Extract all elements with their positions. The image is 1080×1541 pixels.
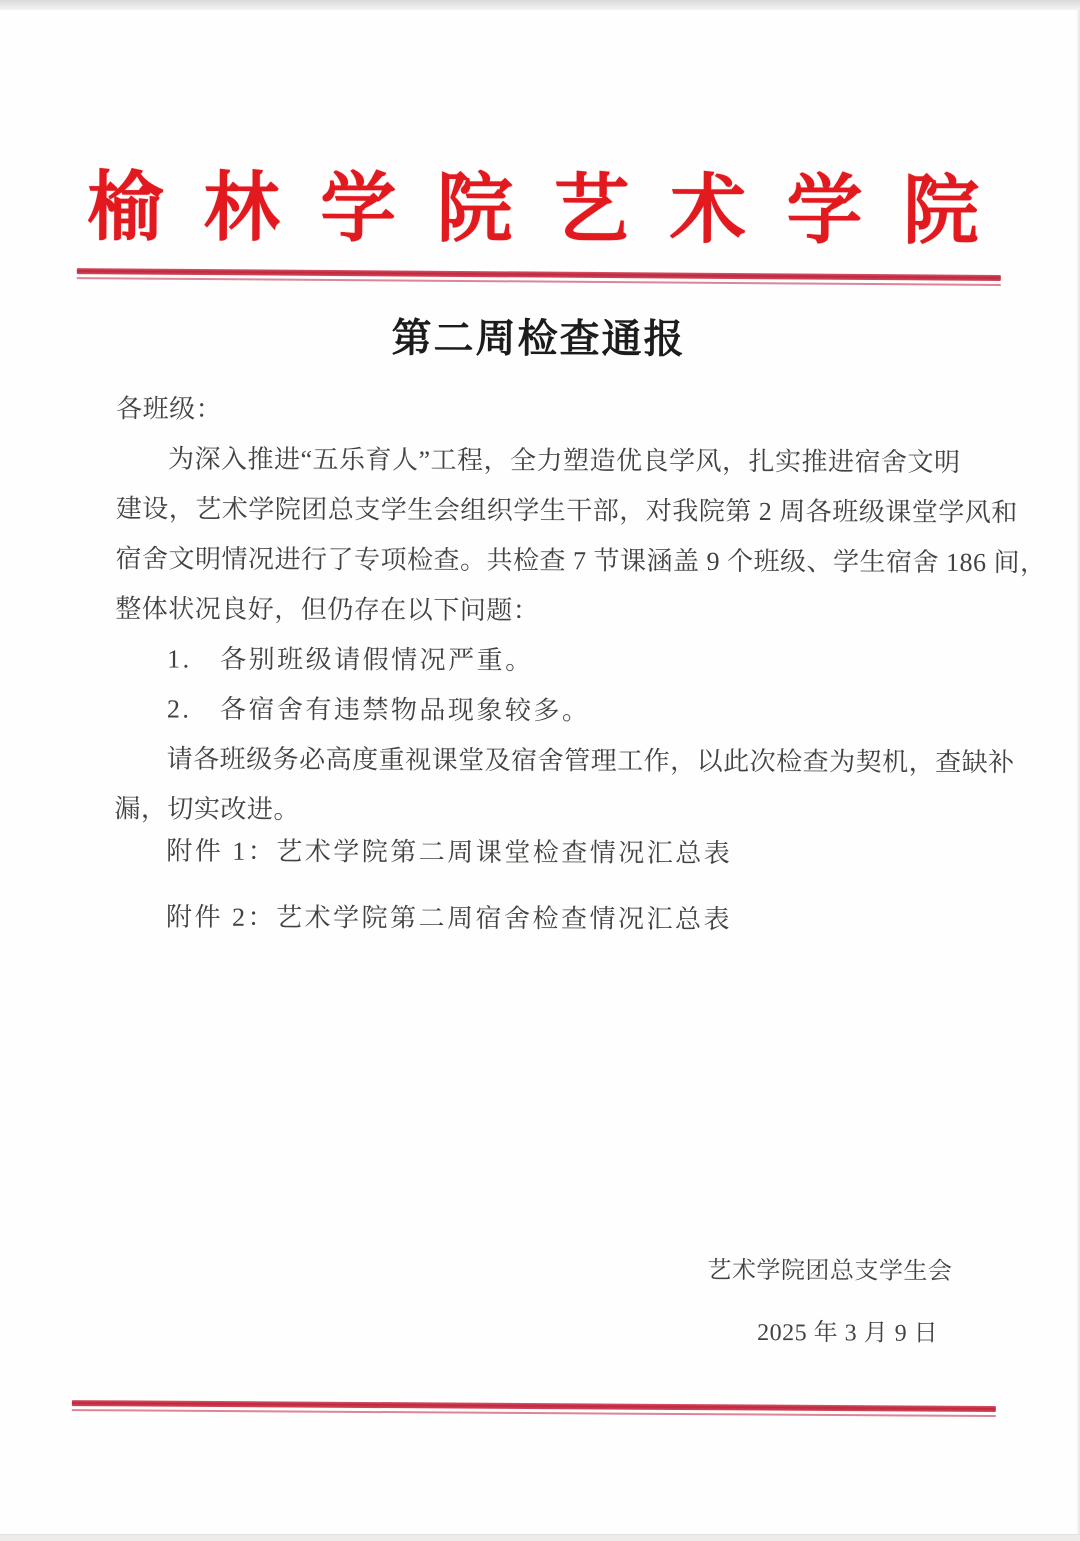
document-page: 榆林学院艺术学院 第二周检查通报 各班级： 为深入推进“五乐育人”工程，全力塑造… [0,0,1080,1541]
attachment-line-2: 附件 2：艺术学院第二周宿舍检查情况汇总表 [114,892,988,946]
footer-double-rule [72,1400,996,1417]
header-double-rule [77,268,1001,286]
document-body: 各班级： 为深入推进“五乐育人”工程，全力塑造优良学风，扎实推进宿舍文明 建设，… [114,384,990,946]
document-title: 第二周检查通报 [0,305,1079,367]
list-item-1: 1. 各别班级请假情况严重。 [115,634,989,688]
signature: 艺术学院团总支学生会 [707,1250,952,1286]
document-content: 榆林学院艺术学院 第二周检查通报 各班级： 为深入推进“五乐育人”工程，全力塑造… [0,0,1080,1541]
paragraph1-line-2: 建设，艺术学院团总支学生会组织学生干部，对我院第 2 周各班级课堂学风和 [116,484,990,538]
paragraph1-line-1: 为深入推进“五乐育人”工程，全力塑造优良学风，扎实推进宿舍文明 [116,434,990,488]
paragraph2-line-1: 请各班级务必高度重视课堂及宿舍管理工作，以此次检查为契机，查缺补 [115,734,989,788]
paragraph1-line-4: 整体状况良好，但仍存在以下问题： [115,584,989,638]
salutation: 各班级： [116,384,990,438]
attachment-line-1: 附件 1：艺术学院第二周课堂检查情况汇总表 [114,826,988,880]
list-item-2: 2. 各宿舍有违禁物品现象较多。 [115,684,989,738]
paragraph1-line-3: 宿舍文明情况进行了专项检查。共检查 7 节课涵盖 9 个班级、学生宿舍 186 … [115,534,989,588]
masthead-title: 榆林学院艺术学院 [87,166,979,254]
date-line: 2025 年 3 月 9 日 [757,1312,938,1348]
